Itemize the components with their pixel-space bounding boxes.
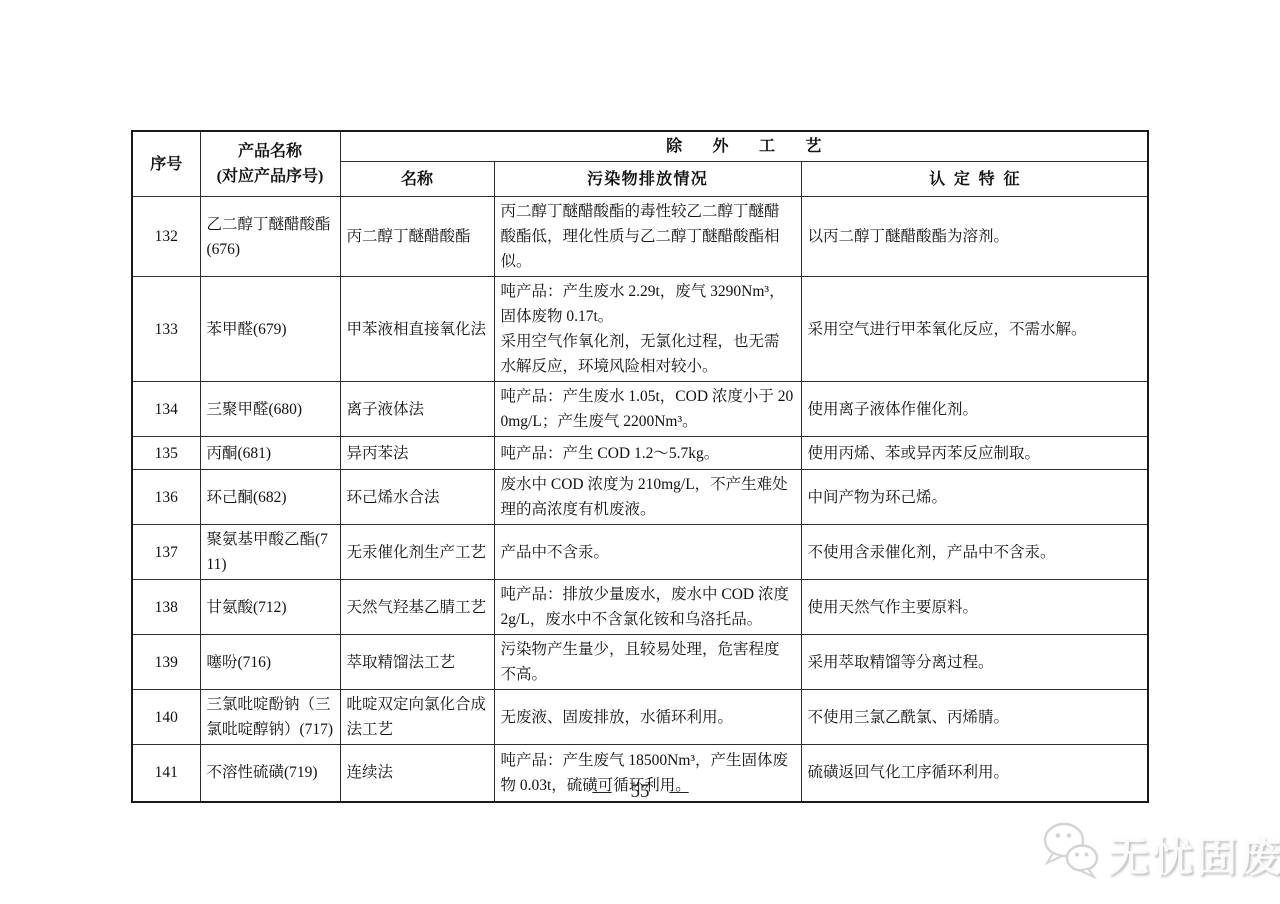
table-row: 136 环己酮(682) 环己烯水合法 废水中 COD 浓度为 210mg/L，…	[132, 470, 1148, 525]
process-name-cell: 无汞催化剂生产工艺	[340, 525, 494, 580]
row-number-cell: 135	[132, 437, 200, 470]
feature-cell: 中间产物为环己烯。	[801, 470, 1148, 525]
header-product-name: 产品名称 (对应产品序号)	[200, 131, 340, 197]
feature-cell: 以丙二醇丁醚醋酸酯为溶剂。	[801, 197, 1148, 277]
row-number-cell: 139	[132, 635, 200, 690]
row-number-cell: 140	[132, 690, 200, 745]
footer-dash-right: —	[670, 781, 688, 803]
watermark-text: 无忧固废	[1108, 824, 1280, 883]
watermark: 无忧固废	[1038, 820, 1280, 887]
process-name-cell: 甲苯液相直接氧化法	[340, 277, 494, 382]
header-identification-feature: 认定特征	[801, 162, 1148, 197]
process-name-cell: 离子液体法	[340, 382, 494, 437]
row-number-cell: 137	[132, 525, 200, 580]
pollutant-cell: 吨产品：产生废水 2.29t，废气 3290Nm³，固体废物 0.17t。 采用…	[494, 277, 801, 382]
table-row: 137 聚氨基甲酸乙酯(711) 无汞催化剂生产工艺 产品中不含汞。 不使用含汞…	[132, 525, 1148, 580]
page-footer: —55—	[0, 781, 1280, 803]
process-name-cell: 丙二醇丁醚醋酸酯	[340, 197, 494, 277]
product-name-cell: 三聚甲醛(680)	[200, 382, 340, 437]
feature-cell: 不使用含汞催化剂，产品中不含汞。	[801, 525, 1148, 580]
pollutant-cell: 废水中 COD 浓度为 210mg/L，不产生难处理的高浓度有机废液。	[494, 470, 801, 525]
product-name-cell: 丙酮(681)	[200, 437, 340, 470]
header-no: 序号	[132, 131, 200, 197]
feature-cell: 不使用三氯乙酰氯、丙烯腈。	[801, 690, 1148, 745]
product-name-cell: 甘氨酸(712)	[200, 580, 340, 635]
product-name-cell: 乙二醇丁醚醋酸酯(676)	[200, 197, 340, 277]
feature-cell: 使用离子液体作催化剂。	[801, 382, 1148, 437]
pollutant-cell: 无废液、固废排放，水循环利用。	[494, 690, 801, 745]
product-name-cell: 三氯吡啶酚钠（三氯吡啶醇钠）(717)	[200, 690, 340, 745]
process-name-cell: 萃取精馏法工艺	[340, 635, 494, 690]
table-row: 138 甘氨酸(712) 天然气羟基乙腈工艺 吨产品：排放少量废水，废水中 CO…	[132, 580, 1148, 635]
product-name-cell: 聚氨基甲酸乙酯(711)	[200, 525, 340, 580]
feature-cell: 采用萃取精馏等分离过程。	[801, 635, 1148, 690]
process-name-cell: 异丙苯法	[340, 437, 494, 470]
feature-cell: 使用天然气作主要原料。	[801, 580, 1148, 635]
table-row: 133 苯甲醛(679) 甲苯液相直接氧化法 吨产品：产生废水 2.29t，废气…	[132, 277, 1148, 382]
exempt-process-table: 序号 产品名称 (对应产品序号) 除外工艺 名称 污染物排放情况 认定特征 13…	[131, 130, 1149, 803]
pollutant-cell: 吨产品：产生废水 1.05t，COD 浓度小于 200mg/L；产生废气 220…	[494, 382, 801, 437]
process-name-cell: 天然气羟基乙腈工艺	[340, 580, 494, 635]
table-row: 135 丙酮(681) 异丙苯法 吨产品：产生 COD 1.2～5.7kg。 使…	[132, 437, 1148, 470]
pollutant-cell: 吨产品：产生 COD 1.2～5.7kg。	[494, 437, 801, 470]
row-number-cell: 132	[132, 197, 200, 277]
product-name-cell: 噻吩(716)	[200, 635, 340, 690]
row-number-cell: 133	[132, 277, 200, 382]
feature-cell: 采用空气进行甲苯氧化反应，不需水解。	[801, 277, 1148, 382]
header-pollutant-discharge: 污染物排放情况	[494, 162, 801, 197]
document-page: 序号 产品名称 (对应产品序号) 除外工艺 名称 污染物排放情况 认定特征 13…	[0, 0, 1280, 904]
table-row: 140 三氯吡啶酚钠（三氯吡啶醇钠）(717) 吡啶双定向氯化合成法工艺 无废液…	[132, 690, 1148, 745]
product-name-cell: 环己酮(682)	[200, 470, 340, 525]
header-excluded-process: 除外工艺	[340, 131, 1148, 162]
table-row: 132 乙二醇丁醚醋酸酯(676) 丙二醇丁醚醋酸酯 丙二醇丁醚醋酸酯的毒性较乙…	[132, 197, 1148, 277]
pollutant-cell: 污染物产生量少，且较易处理，危害程度不高。	[494, 635, 801, 690]
process-name-cell: 环己烯水合法	[340, 470, 494, 525]
pollutant-cell: 吨产品：排放少量废水，废水中 COD 浓度 2g/L，废水中不含氯化铵和乌洛托品…	[494, 580, 801, 635]
row-number-cell: 136	[132, 470, 200, 525]
page-number: 55	[631, 781, 650, 803]
row-number-cell: 134	[132, 382, 200, 437]
wechat-bubbles-icon	[1038, 820, 1104, 887]
feature-cell: 使用丙烯、苯或异丙苯反应制取。	[801, 437, 1148, 470]
product-name-cell: 苯甲醛(679)	[200, 277, 340, 382]
header-row-1: 序号 产品名称 (对应产品序号) 除外工艺	[132, 131, 1148, 162]
footer-dash-left: —	[593, 781, 611, 803]
table-row: 139 噻吩(716) 萃取精馏法工艺 污染物产生量少，且较易处理，危害程度不高…	[132, 635, 1148, 690]
table-row: 134 三聚甲醛(680) 离子液体法 吨产品：产生废水 1.05t，COD 浓…	[132, 382, 1148, 437]
pollutant-cell: 丙二醇丁醚醋酸酯的毒性较乙二醇丁醚醋酸酯低，理化性质与乙二醇丁醚醋酸酯相似。	[494, 197, 801, 277]
pollutant-cell: 产品中不含汞。	[494, 525, 801, 580]
header-process-name: 名称	[340, 162, 494, 197]
row-number-cell: 138	[132, 580, 200, 635]
process-name-cell: 吡啶双定向氯化合成法工艺	[340, 690, 494, 745]
